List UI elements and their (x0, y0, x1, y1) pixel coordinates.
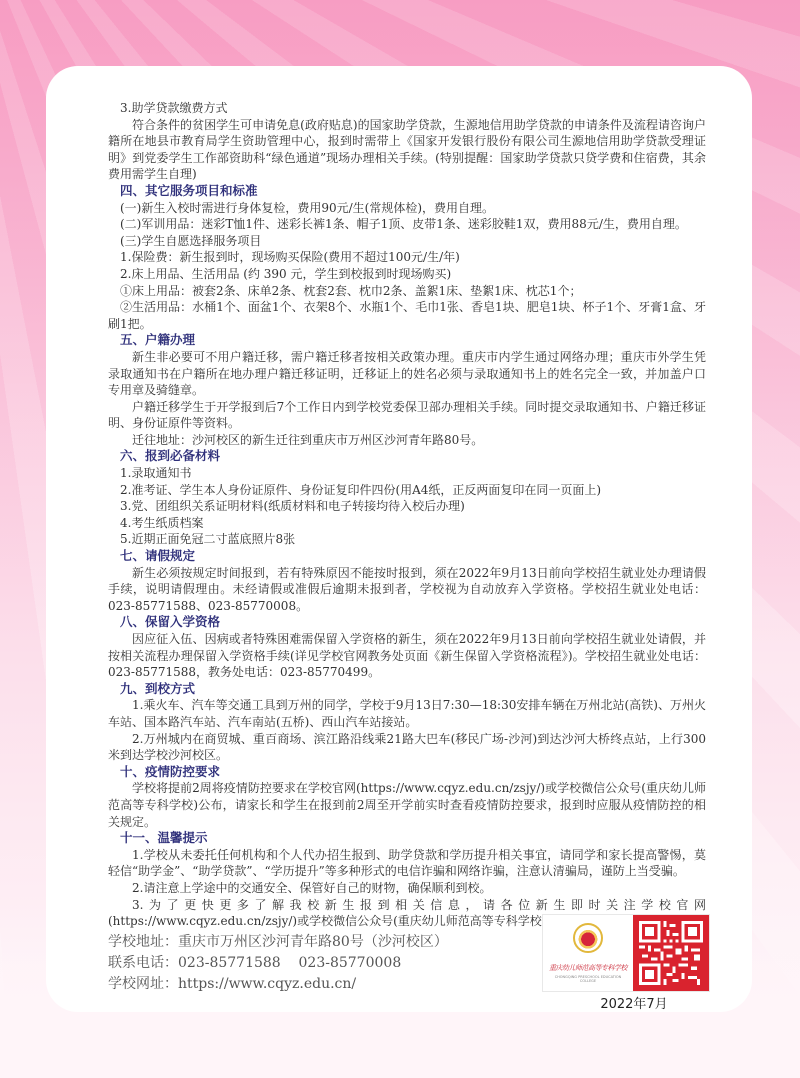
s11-para: 1.学校从未委托任何机构和个人代办招生报到、助学贷款和学历提升相关事宜，请同学和… (108, 847, 706, 880)
s7-body: 新生必须按规定时间报到，若有特殊原因不能按时报到，须在2022年9月13日前向学… (108, 565, 706, 615)
contact-info: 学校地址：重庆市万州区沙河青年路80号（沙河校区） 联系电话：023-85771… (108, 932, 448, 995)
s4-line: (一)新生入校时需进行身体复检，费用90元/生(常规体检)，费用自理。 (108, 200, 706, 217)
publish-date: 2022年7月 (594, 993, 674, 1012)
s4-line: (二)军训用品：迷彩T恤1件、迷彩长裤1条、帽子1顶、皮带1条、迷彩胶鞋1双，费… (108, 216, 706, 233)
s4-line: ②生活用品：水桶1个、面盆1个、衣架8个、水瓶1个、毛巾1张、香皂1块、肥皂1块… (108, 299, 706, 332)
loan-title: 3.助学贷款缴费方式 (108, 100, 706, 117)
s6-line: 2.准考证、学生本人身份证原件、身份证复印件四份(用A4纸，正反两面复印在同一页… (108, 482, 706, 499)
s4-line: (三)学生自愿选择服务项目 (108, 233, 706, 250)
s6-line: 5.近期正面免冠二寸蓝底照片8张 (108, 531, 706, 548)
s5-para: 新生非必要可不用户籍迁移，需户籍迁移者按相关政策办理。重庆市内学生通过网络办理；… (108, 349, 706, 399)
section-heading-11: 十一、温馨提示 (108, 830, 706, 847)
s5-para: 户籍迁移学生于开学报到后7个工作日内到学校党委保卫部办理相关手续。同时提交录取通… (108, 399, 706, 432)
s11-para: 2.请注意上学途中的交通安全、保管好自己的财物，确保顺利到校。 (108, 880, 706, 897)
section-heading-4: 四、其它服务项目和标准 (108, 183, 706, 200)
s6-line: 4.考生纸质档案 (108, 515, 706, 532)
s8-body: 因应征入伍、因病或者特殊困难需保留入学资格的新生，须在2022年9月13日前向学… (108, 631, 706, 681)
section-heading-7: 七、请假规定 (108, 548, 706, 565)
school-logo-and-qr: 重庆幼儿师范高等专科学校 CHONGQING PRESCHOOL EDUCATI… (542, 914, 710, 992)
section-heading-10: 十、疫情防控要求 (108, 764, 706, 781)
school-logo: 重庆幼儿师范高等专科学校 CHONGQING PRESCHOOL EDUCATI… (543, 915, 633, 991)
s5-para: 迁往地址：沙河校区的新生迁往到重庆市万州区沙河青年路80号。 (108, 432, 706, 449)
loan-body: 符合条件的贫困学生可申请免息(政府贴息)的国家助学贷款，生源地信用助学贷款的申请… (108, 117, 706, 183)
logo-name-en: CHONGQING PRESCHOOL EDUCATION COLLEGE (547, 975, 629, 983)
section-heading-9: 九、到校方式 (108, 681, 706, 698)
s6-line: 1.录取通知书 (108, 465, 706, 482)
s4-line: 1.保险费：新生报到时，现场购买保险(费用不超过100元/生/年) (108, 249, 706, 266)
s6-line: 3.党、团组织关系证明材料(纸质材料和电子转接均待入校后办理) (108, 498, 706, 515)
contact-phone: 联系电话：023-85771588 023-85770008 (108, 953, 448, 974)
s9-para: 1.乘火车、汽车等交通工具到万州的同学，学校于9月13日7:30—18:30安排… (108, 697, 706, 730)
content-card: 3.助学贷款缴费方式 符合条件的贫困学生可申请免息(政府贴息)的国家助学贷款，生… (46, 66, 752, 1012)
s10-body: 学校将提前2周将疫情防控要求在学校官网(https://www.cqyz.edu… (108, 780, 706, 830)
logo-name-cn: 重庆幼儿师范高等专科学校 (547, 963, 629, 973)
s9-para: 2.万州城内在商贸城、重百商场、滨江路沿线乘21路大巴车(移民广场-沙河)到达沙… (108, 731, 706, 764)
section-heading-8: 八、保留入学资格 (108, 614, 706, 631)
school-address: 学校地址：重庆市万州区沙河青年路80号（沙河校区） (108, 932, 448, 953)
notice-content: 3.助学贷款缴费方式 符合条件的贫困学生可申请免息(政府贴息)的国家助学贷款，生… (108, 100, 706, 930)
section-heading-6: 六、报到必备材料 (108, 448, 706, 465)
school-website[interactable]: 学校网址：https://www.cqyz.edu.cn/ (108, 974, 448, 995)
section-heading-5: 五、户籍办理 (108, 332, 706, 349)
s4-line: 2.床上用品、生活用品 (约 390 元，学生到校报到时现场购买) (108, 266, 706, 283)
qr-code-icon[interactable] (633, 915, 709, 991)
school-emblem-icon (573, 923, 603, 953)
s4-line: ①床上用品：被套2条、床单2条、枕套2套、枕巾2条、盖絮1床、垫絮1床、枕芯1个… (108, 283, 706, 300)
